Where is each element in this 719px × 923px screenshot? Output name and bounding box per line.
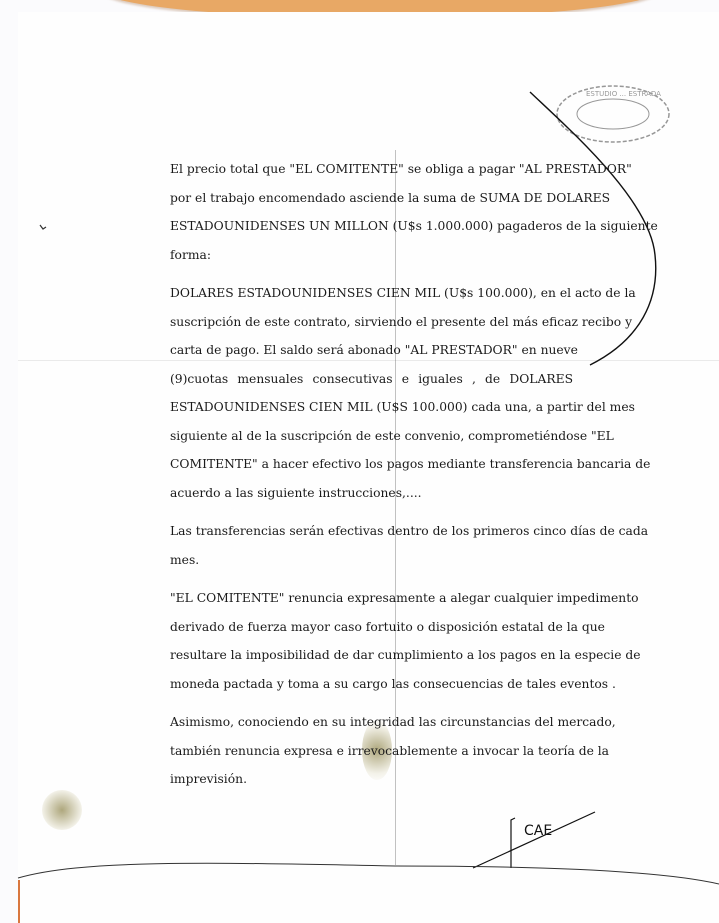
text-line: también renuncia expresa e irrevocableme… — [170, 737, 573, 766]
text-line: imprevisión. — [170, 765, 573, 794]
text-line: COMITENTE" a hacer efectivo los pagos me… — [170, 450, 573, 479]
text-line: ESTADOUNIDENSES UN MILLON (U$s 1.000.000… — [170, 212, 573, 241]
paragraph: "EL COMITENTE" renuncia expresamente a a… — [170, 584, 573, 698]
contract-text: El precio total que "EL COMITENTE" se ob… — [170, 155, 573, 804]
paragraph: El precio total que "EL COMITENTE" se ob… — [170, 155, 573, 269]
page-bottom-edge — [18, 863, 719, 884]
text-line: Las transferencias serán efectivas dentr… — [170, 517, 573, 546]
paragraph: Las transferencias serán efectivas dentr… — [170, 517, 573, 574]
text-line: por el trabajo encomendado asciende la s… — [170, 184, 573, 213]
text-line: El precio total que "EL COMITENTE" se ob… — [170, 155, 573, 184]
svg-text:ESTUDIO ... ESTRADA: ESTUDIO ... ESTRADA — [586, 90, 661, 98]
text-line: derivado de fuerza mayor caso fortuito o… — [170, 613, 573, 642]
paragraph: DOLARES ESTADOUNIDENSES CIEN MIL (U$s 10… — [170, 279, 573, 507]
text-line: suscripción de este contrato, sirviendo … — [170, 308, 573, 337]
text-line: "EL COMITENTE" renuncia expresamente a a… — [170, 584, 573, 613]
text-line: forma: — [170, 241, 573, 270]
svg-text:CAE: CAE — [524, 823, 552, 839]
text-line: carta de pago. El saldo será abonado "AL… — [170, 336, 573, 365]
text-line: siguiente al de la suscripción de este c… — [170, 422, 573, 451]
signature-icon: CAE — [473, 812, 595, 868]
text-line: moneda pactada y toma a su cargo las con… — [170, 670, 573, 699]
text-line: mes. — [170, 546, 573, 575]
paragraph: Asimismo, conociendo en su integridad la… — [170, 708, 573, 794]
text-line: acuerdo a las siguiente instrucciones,..… — [170, 479, 573, 508]
text-line: Asimismo, conociendo en su integridad la… — [170, 708, 573, 737]
text-line: ESTADOUNIDENSES CIEN MIL (U$S 100.000) c… — [170, 393, 573, 422]
text-line: (9)cuotas mensuales consecutivas e igual… — [170, 365, 573, 394]
text-line: DOLARES ESTADOUNIDENSES CIEN MIL (U$s 10… — [170, 279, 573, 308]
text-line: resultare la imposibilidad de dar cumpli… — [170, 641, 573, 670]
